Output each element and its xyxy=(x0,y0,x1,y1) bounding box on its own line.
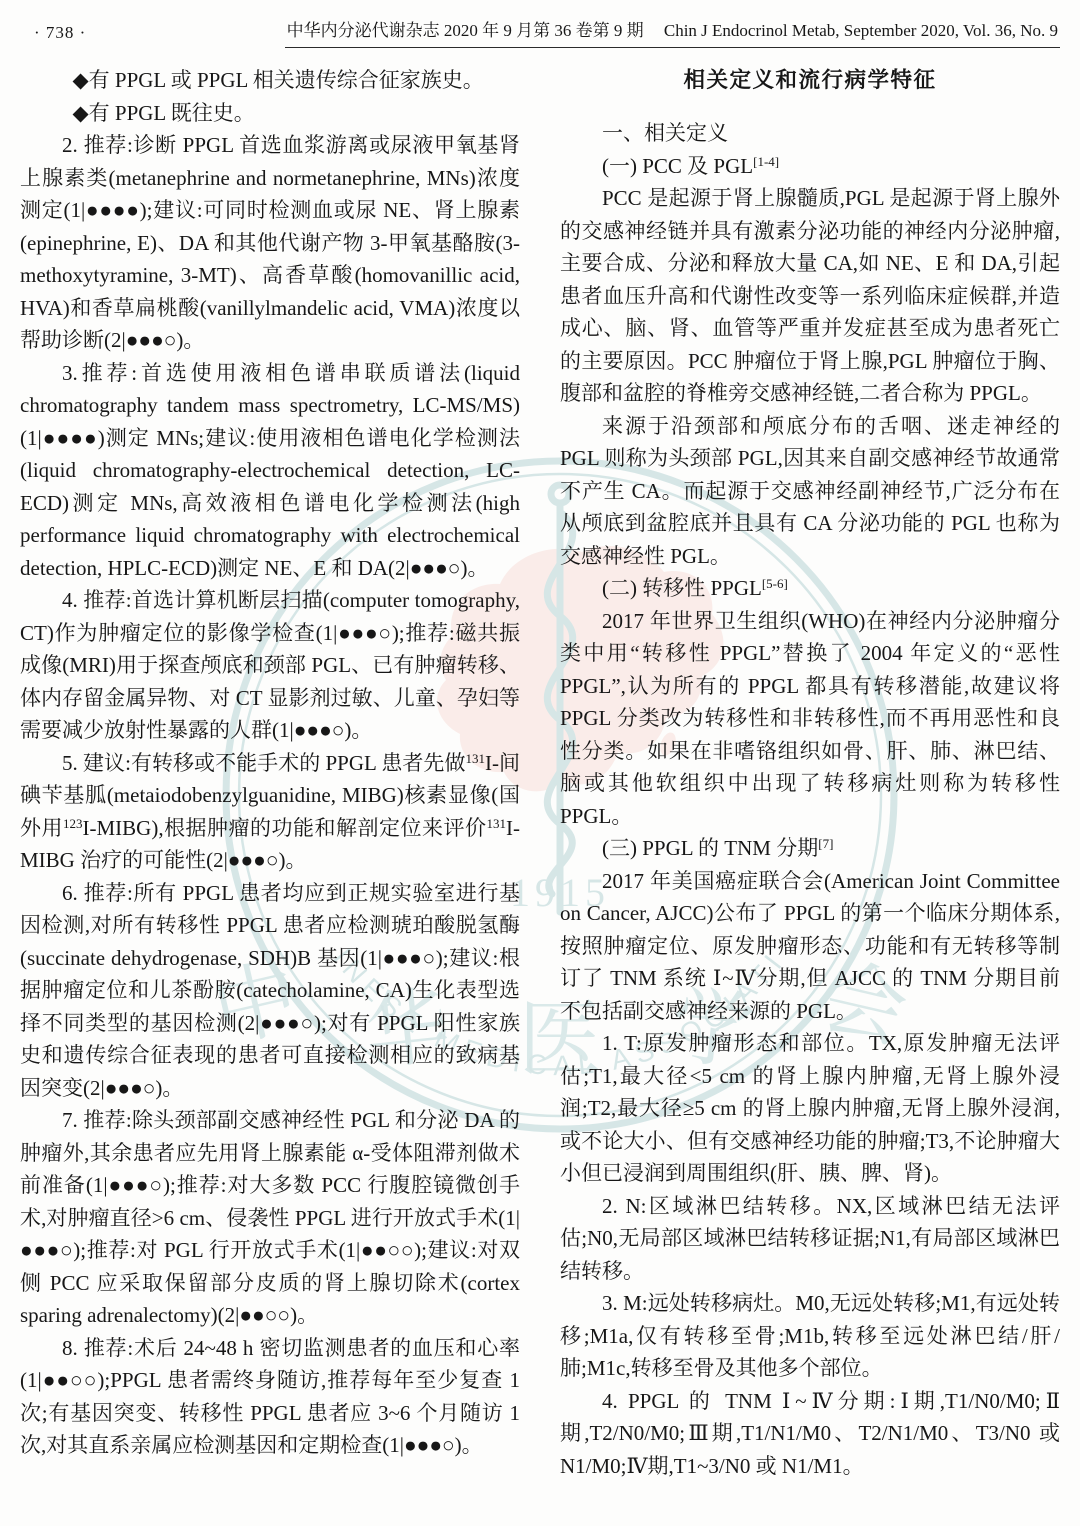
paragraph: 1. T:原发肿瘤形态和部位。TX,原发肿瘤无法评估;T1,最大径<5 cm 的… xyxy=(560,1027,1060,1190)
text-run: 2017 年世界卫生组织(WHO)在神经内分泌肿瘤分类中用“转移性 PPGL”替… xyxy=(560,609,1060,828)
two-column-body: ◆有 PPGL 或 PPGL 相关遗传综合征家族史。◆有 PPGL 既往史。2.… xyxy=(20,64,1060,1482)
page-header: · 738 · 中华内分泌代谢杂志 2020 年 9 月第 36 卷第 9 期 … xyxy=(20,16,1060,48)
journal-title: 中华内分泌代谢杂志 2020 年 9 月第 36 卷第 9 期 Chin J E… xyxy=(285,16,1060,48)
paragraph: 5. 建议:有转移或不能手术的 PPGL 患者先做131I-间碘苄基胍(meta… xyxy=(20,747,520,877)
paragraph: 7. 推荐:除头颈部副交感神经性 PGL 和分泌 DA 的肿瘤外,其余患者应先用… xyxy=(20,1104,520,1332)
text-run: (一) PCC 及 PGL xyxy=(602,154,753,178)
superscript: [1-4] xyxy=(753,154,779,169)
text-run: 6. 推荐:所有 PPGL 患者均应到正规实验室进行基因检测,对所有转移性 PP… xyxy=(20,881,520,1100)
superscript: 131 xyxy=(465,751,485,766)
bullet-item: ◆有 PPGL 或 PPGL 相关遗传综合征家族史。 xyxy=(20,64,520,97)
bullet-item: ◆有 PPGL 既往史。 xyxy=(20,97,520,130)
paragraph: 4. PPGL 的 TNM Ⅰ~Ⅳ分期:Ⅰ期,T1/N0/M0;Ⅱ期,T2/N0… xyxy=(560,1385,1060,1483)
superscript: 123 xyxy=(63,816,83,831)
paragraph: 3. M:远处转移病灶。M0,无远处转移;M1,有远处转移;M1a,仅有转移至骨… xyxy=(560,1287,1060,1385)
journal-title-en: Chin J Endocrinol Metab, September 2020,… xyxy=(664,21,1058,40)
paragraph: 3.推荐:首选使用液相色谱串联质谱法(liquid chromatography… xyxy=(20,357,520,585)
paragraph: 8. 推荐:术后 24~48 h 密切监测患者的血压和心率(1|●●○○);PP… xyxy=(20,1332,520,1462)
section-heading: 相关定义和流行病学特征 xyxy=(560,64,1060,96)
paragraph: 2017 年美国癌症联合会(American Joint Committee o… xyxy=(560,865,1060,1028)
paragraph: (二) 转移性 PPGL[5-6] xyxy=(560,572,1060,605)
text-run: 3. M:远处转移病灶。M0,无远处转移;M1,有远处转移;M1a,仅有转移至骨… xyxy=(560,1291,1060,1380)
paragraph: 来源于沿颈部和颅底分布的舌咽、迷走神经的 PGL 则称为头颈部 PGL,因其来自… xyxy=(560,410,1060,573)
left-column: ◆有 PPGL 或 PPGL 相关遗传综合征家族史。◆有 PPGL 既往史。2.… xyxy=(20,64,520,1482)
right-column: 相关定义和流行病学特征 一、相关定义(一) PCC 及 PGL[1-4]PCC … xyxy=(560,64,1060,1482)
text-run: 5. 建议:有转移或不能手术的 PPGL 患者先做 xyxy=(62,751,465,775)
text-run: (二) 转移性 PPGL xyxy=(602,576,762,600)
text-run: I-MIBG),根据肿瘤的功能和解剖定位来评价 xyxy=(83,816,487,840)
right-column-paragraphs: 一、相关定义(一) PCC 及 PGL[1-4]PCC 是起源于肾上腺髓质,PG… xyxy=(560,117,1060,1482)
paragraph: (一) PCC 及 PGL[1-4] xyxy=(560,150,1060,183)
paragraph: 2017 年世界卫生组织(WHO)在神经内分泌肿瘤分类中用“转移性 PPGL”替… xyxy=(560,605,1060,833)
paragraph: (三) PPGL 的 TNM 分期[7] xyxy=(560,832,1060,865)
text-run: 2. 推荐:诊断 PPGL 首选血浆游离或尿液甲氧基肾上腺素类(metaneph… xyxy=(20,133,520,352)
text-run: PCC 是起源于肾上腺髓质,PGL 是起源于肾上腺外的交感神经链并具有激素分泌功… xyxy=(560,186,1060,405)
superscript: [5-6] xyxy=(762,576,788,591)
text-run: (三) PPGL 的 TNM 分期 xyxy=(602,836,818,860)
page-number: · 738 · xyxy=(20,23,86,48)
left-column-paragraphs: ◆有 PPGL 或 PPGL 相关遗传综合征家族史。◆有 PPGL 既往史。2.… xyxy=(20,64,520,1462)
text-run: 来源于沿颈部和颅底分布的舌咽、迷走神经的 PGL 则称为头颈部 PGL,因其来自… xyxy=(560,414,1060,568)
text-run: 2017 年美国癌症联合会(American Joint Committee o… xyxy=(560,869,1060,1023)
paragraph: 一、相关定义 xyxy=(560,117,1060,150)
text-run: 一、相关定义 xyxy=(602,121,728,145)
text-run: 3.推荐:首选使用液相色谱串联质谱法(liquid chromatography… xyxy=(20,361,520,580)
text-run: 8. 推荐:术后 24~48 h 密切监测患者的血压和心率(1|●●○○);PP… xyxy=(20,1336,520,1458)
text-run: 7. 推荐:除头颈部副交感神经性 PGL 和分泌 DA 的肿瘤外,其余患者应先用… xyxy=(20,1108,520,1327)
text-run: 4. 推荐:首选计算机断层扫描(computer tomography, CT)… xyxy=(20,588,520,742)
journal-title-cn: 中华内分泌代谢杂志 2020 年 9 月第 36 卷第 9 期 xyxy=(287,21,644,40)
text-run: 2. N:区域淋巴结转移。NX,区域淋巴结无法评估;N0,无局部区域淋巴结转移证… xyxy=(560,1194,1060,1283)
superscript: 131 xyxy=(487,816,507,831)
superscript: [7] xyxy=(818,836,833,851)
paragraph: 2. 推荐:诊断 PPGL 首选血浆游离或尿液甲氧基肾上腺素类(metaneph… xyxy=(20,129,520,357)
text-run: ◆有 PPGL 或 PPGL 相关遗传综合征家族史。 xyxy=(73,68,484,92)
text-run: 4. PPGL 的 TNM Ⅰ~Ⅳ分期:Ⅰ期,T1/N0/M0;Ⅱ期,T2/N0… xyxy=(560,1389,1060,1478)
paragraph: 2. N:区域淋巴结转移。NX,区域淋巴结无法评估;N0,无局部区域淋巴结转移证… xyxy=(560,1190,1060,1288)
text-run: ◆有 PPGL 既往史。 xyxy=(73,101,255,125)
paragraph: 4. 推荐:首选计算机断层扫描(computer tomography, CT)… xyxy=(20,584,520,747)
journal-page: 中 华 医 学 会 1915 CHINESE MEDICAL ASSOCIATI… xyxy=(0,0,1080,1526)
paragraph: PCC 是起源于肾上腺髓质,PGL 是起源于肾上腺外的交感神经链并具有激素分泌功… xyxy=(560,182,1060,410)
text-run: 1. T:原发肿瘤形态和部位。TX,原发肿瘤无法评估;T1,最大径<5 cm 的… xyxy=(560,1031,1060,1185)
paragraph: 6. 推荐:所有 PPGL 患者均应到正规实验室进行基因检测,对所有转移性 PP… xyxy=(20,877,520,1105)
